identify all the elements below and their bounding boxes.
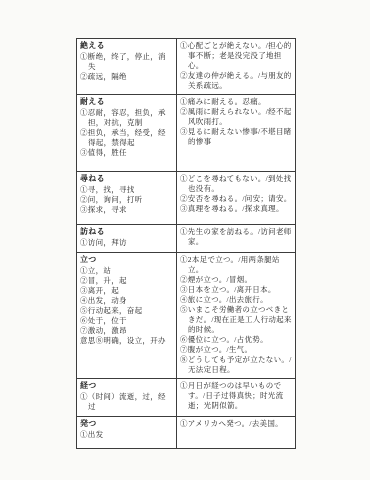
headword: 絶える (80, 41, 173, 51)
entry-line: ③离开，起 (80, 286, 173, 296)
entry-line: ①先生の家を訪ねる。/访问老师家。 (180, 227, 292, 247)
entry-line: ③見るに耐えない惨事/不堪目睹的惨事 (180, 127, 292, 147)
table-row-tatsu-2: 経つ ①（时间）流逝，过，经过 ①月日が経つのは早いものです。/日子过得真快；时… (77, 379, 295, 417)
entry-line: ⑤いまこそ労働者の立つべきときだ。/现在正是工人行动起来的时候。 (180, 305, 292, 335)
headword: 経つ (80, 381, 173, 391)
entry-line: ④出发，动身 (80, 296, 173, 306)
entry-line: ②问，询问，打听 (80, 195, 173, 205)
headword-cell: 発つ ①出发 (77, 417, 177, 448)
entry-line: ③值得，胜任 (80, 148, 173, 158)
entry-line: ⑤行动起来，奋起 (80, 306, 173, 316)
meaning-list: ①忍耐，容忍，担负，承担，对抗，克制②担负，承当，经受，经得起，禁得起③值得，胜… (80, 108, 173, 158)
headword: 耐える (80, 97, 173, 107)
entry-line: ②疏远，隔绝 (80, 72, 173, 82)
entry-line: ②友達の仲が絶える。/与朋友的关系疏远。 (180, 71, 292, 91)
entry-line: ①（时间）流逝，过，经过 (80, 392, 173, 412)
headword-cell: 耐える ①忍耐，容忍，担负，承担，对抗，克制②担负，承当，经受，经得起，禁得起③… (77, 95, 177, 171)
entry-line: ⑥優位に立つ。/占优势。 (180, 335, 292, 345)
headword-cell: 訪ねる ①访问，拜访 (77, 225, 177, 252)
example-list: ①痛みに耐える。忍痛。②風雨に耐えられない。/经不起风吹雨打。③見るに耐えない惨… (177, 95, 295, 171)
example-list: ①先生の家を訪ねる。/访问老师家。 (177, 225, 295, 252)
entry-line: ⑦激动，激昂 (80, 326, 173, 336)
document-page: 絶える ①断绝，终了，停止，消失②疏远，隔绝 ①心配ごとが絶えない。/担心的事不… (0, 0, 370, 480)
table-row-taeru-1: 絶える ①断绝，终了，停止，消失②疏远，隔绝 ①心配ごとが絶えない。/担心的事不… (77, 39, 295, 95)
headword: 尋ねる (80, 174, 173, 184)
entry-line: ②風雨に耐えられない。/经不起风吹雨打。 (180, 107, 292, 127)
entry-line: ①忍耐，容忍，担负，承担，对抗，克制 (80, 108, 173, 128)
entry-line: ⑥处于，位于 (80, 316, 173, 326)
example-list: ①どこを尋ねてもない。/到处找也没有。②安否を尋ねる。/问安；请安。③真理を尋ね… (177, 172, 295, 224)
entry-line: ③日本を立つ。/离开日本。 (180, 285, 292, 295)
meaning-list: ①寻，找，寻找②问，询问，打听③探求，寻求 (80, 185, 173, 215)
meaning-list: ①立，站②冒，升，起③离开，起④出发，动身⑤行动起来，奋起⑥处于，位于⑦激动，激… (80, 266, 173, 346)
entry-line: ④旅に立つ。/出去旅行。 (180, 295, 292, 305)
example-list: ①月日が経つのは早いものです。/日子过得真快；时光流逝；光阴似箭。 (177, 379, 295, 416)
headword-cell: 経つ ①（时间）流逝，过，经过 (77, 379, 177, 416)
example-list: ①2本足で立つ。/用两条腿站立。②煙が立つ。/冒烟。③日本を立つ。/离开日本。④… (177, 253, 295, 378)
meaning-list: ①访问，拜访 (80, 238, 173, 248)
table-row-tatsu-1: 立つ ①立，站②冒，升，起③离开，起④出发，动身⑤行动起来，奋起⑥处于，位于⑦激… (77, 253, 295, 379)
entry-line: ①断绝，终了，停止，消失 (80, 52, 173, 72)
headword-cell: 絶える ①断绝，终了，停止，消失②疏远，隔绝 (77, 39, 177, 94)
meaning-list: ①断绝，终了，停止，消失②疏远，隔绝 (80, 52, 173, 82)
headword: 発つ (80, 419, 173, 429)
entry-line: ②煙が立つ。/冒烟。 (180, 275, 292, 285)
table-row-tatsu-3: 発つ ①出发 ①アメリカへ発つ。/去美国。 (77, 417, 295, 448)
headword: 立つ (80, 255, 173, 265)
table-row-taeru-2: 耐える ①忍耐，容忍，担负，承担，对抗，克制②担负，承当，经受，经得起，禁得起③… (77, 95, 295, 172)
entry-line: ①2本足で立つ。/用两条腿站立。 (180, 255, 292, 275)
headword-cell: 尋ねる ①寻，找，寻找②问，询问，打听③探求，寻求 (77, 172, 177, 224)
headword-cell: 立つ ①立，站②冒，升，起③离开，起④出发，动身⑤行动起来，奋起⑥处于，位于⑦激… (77, 253, 177, 378)
entry-line: ②担负，承当，经受，经得起，禁得起 (80, 128, 173, 148)
entry-line: ①痛みに耐える。忍痛。 (180, 97, 292, 107)
entry-line: ①月日が経つのは早いものです。/日子过得真快；时光流逝；光阴似箭。 (180, 381, 292, 411)
headword: 訪ねる (80, 227, 173, 237)
entry-line: ②冒，升，起 (80, 276, 173, 286)
table-row-tazuneru-2: 訪ねる ①访问，拜访 ①先生の家を訪ねる。/访问老师家。 (77, 225, 295, 253)
entry-line: 意思⑧明确，设立，开办 (80, 336, 173, 346)
entry-line: ①访问，拜访 (80, 238, 173, 248)
entry-line: ①どこを尋ねてもない。/到处找也没有。 (180, 174, 292, 194)
vocab-table: 絶える ①断绝，终了，停止，消失②疏远，隔绝 ①心配ごとが絶えない。/担心的事不… (76, 38, 296, 449)
entry-line: ①出发 (80, 430, 173, 440)
entry-line: ①寻，找，寻找 (80, 185, 173, 195)
entry-line: ③探求，寻求 (80, 205, 173, 215)
entry-line: ③真理を尋ねる。/探求真理。 (180, 204, 292, 214)
meaning-list: ①（时间）流逝，过，经过 (80, 392, 173, 412)
meaning-list: ①出发 (80, 430, 173, 440)
entry-line: ⑦腹が立つ。/生气。 (180, 345, 292, 355)
table-row-tazuneru-1: 尋ねる ①寻，找，寻找②问，询问，打听③探求，寻求 ①どこを尋ねてもない。/到处… (77, 172, 295, 225)
entry-line: ①立，站 (80, 266, 173, 276)
example-list: ①心配ごとが絶えない。/担心的事不断；老是没完没了地担心。②友達の仲が絶える。/… (177, 39, 295, 94)
entry-line: ①心配ごとが絶えない。/担心的事不断；老是没完没了地担心。 (180, 41, 292, 71)
entry-line: ⑧どうしても予定が立たない。/无法定日程。 (180, 355, 292, 375)
entry-line: ②安否を尋ねる。/问安；请安。 (180, 194, 292, 204)
example-list: ①アメリカへ発つ。/去美国。 (177, 417, 295, 448)
entry-line: ①アメリカへ発つ。/去美国。 (180, 419, 292, 429)
